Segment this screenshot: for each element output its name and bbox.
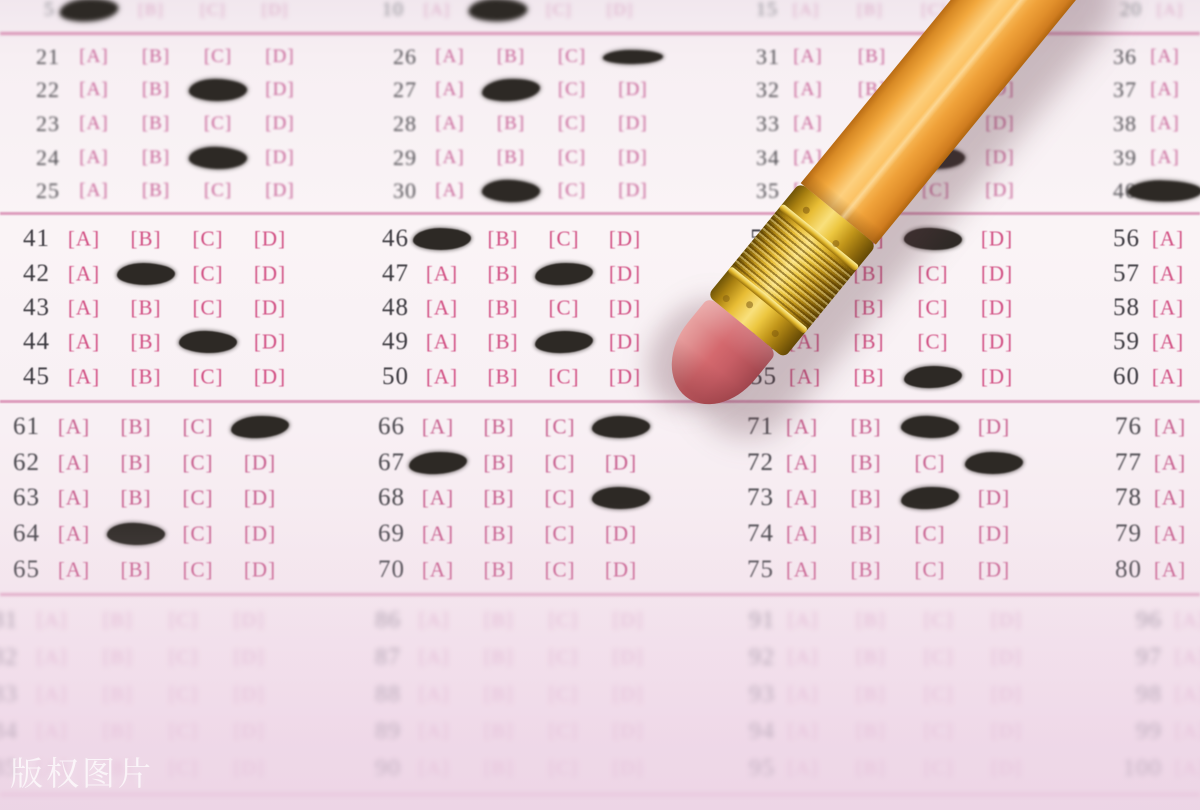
question-number: 20 — [1120, 0, 1142, 22]
option-bracket: [A] — [1154, 450, 1186, 475]
answer-sheet-photo: 5[B][C][D]10[A][C][D]15[A][B][C][D]20[A]… — [0, 0, 1200, 810]
answer-row: 57[A] — [0, 256, 1200, 290]
answer-row: 97[A] — [0, 639, 1200, 676]
question-number: 56 — [1113, 225, 1140, 253]
option-bracket: [A] — [1152, 261, 1184, 286]
option-bracket: [A] — [1154, 414, 1186, 439]
question-number: 100 — [1123, 756, 1162, 783]
question-number: 99 — [1136, 719, 1162, 746]
option-bracket: [A] — [1154, 486, 1186, 511]
section-divider — [0, 793, 1200, 796]
question-number: 37 — [1113, 77, 1137, 103]
option-bracket: [A] — [1152, 295, 1184, 320]
option-bracket: [A] — [1175, 721, 1200, 744]
option-bracket: [A] — [1150, 46, 1179, 68]
answer-row: 99[A] — [0, 714, 1200, 751]
question-number: 77 — [1115, 449, 1142, 477]
option-bracket: [A] — [1175, 609, 1200, 632]
answer-row: 96[A] — [0, 602, 1200, 639]
answer-row: 60[A] — [0, 360, 1200, 394]
option-bracket: [A] — [1152, 227, 1184, 252]
option-bracket: [A] — [1154, 558, 1186, 583]
watermark: 版权图片 — [10, 748, 154, 795]
answer-row: 80[A] — [0, 552, 1200, 588]
answer-row: 56[A] — [0, 222, 1200, 256]
answer-row: 59[A] — [0, 325, 1200, 359]
option-bracket: [A] — [1175, 758, 1200, 781]
question-number: 39 — [1113, 145, 1137, 171]
section-divider — [0, 593, 1200, 596]
question-number: 60 — [1113, 363, 1140, 391]
answer-row: 79[A] — [0, 516, 1200, 552]
answer-row: 76[A] — [0, 409, 1200, 445]
question-number: 36 — [1113, 44, 1137, 70]
option-bracket: [A] — [1175, 683, 1200, 706]
question-number: 80 — [1115, 556, 1142, 584]
question-number: 76 — [1115, 413, 1142, 441]
option-bracket: [A] — [1150, 113, 1179, 135]
question-number: 78 — [1115, 484, 1142, 512]
answer-row: 100[A] — [0, 751, 1200, 788]
pencil-mark — [1128, 180, 1200, 202]
answer-section-questions-41-60: 41[A][B][C][D]42[A][C][D]43[A][B][C][D]4… — [0, 222, 1200, 394]
section-divider — [0, 400, 1200, 403]
question-number: 96 — [1136, 607, 1162, 634]
answer-section-questions-61-80: 61[A][B][C]62[A][B][C][D]63[A][B][C][D]6… — [0, 409, 1200, 588]
question-number: 97 — [1136, 644, 1162, 671]
option-bracket: [A] — [1150, 147, 1179, 169]
option-bracket: [A] — [1157, 0, 1184, 20]
question-number: 57 — [1113, 260, 1140, 288]
option-bracket: [A] — [1152, 330, 1184, 355]
question-number: 59 — [1113, 328, 1140, 356]
answer-row: 98[A] — [0, 676, 1200, 713]
section-divider — [0, 212, 1200, 215]
answer-section-questions-81-100: 81[A][B][C][D]82[A][B][C][D]83[A][B][C][… — [0, 602, 1200, 788]
question-number: 79 — [1115, 520, 1142, 548]
question-number: 98 — [1136, 681, 1162, 708]
option-bracket: [A] — [1150, 79, 1179, 101]
option-bracket: [A] — [1152, 364, 1184, 389]
answer-row: 77[A] — [0, 445, 1200, 481]
ferrule-dimples — [797, 191, 804, 198]
question-number: 38 — [1113, 111, 1137, 137]
option-bracket: [A] — [1154, 522, 1186, 547]
question-number: 58 — [1113, 294, 1140, 322]
answer-row: 78[A] — [0, 481, 1200, 517]
option-bracket: [A] — [1175, 646, 1200, 669]
answer-row: 39[A] — [0, 141, 1200, 175]
answer-row: 58[A] — [0, 291, 1200, 325]
answer-row: 40 — [0, 174, 1200, 208]
